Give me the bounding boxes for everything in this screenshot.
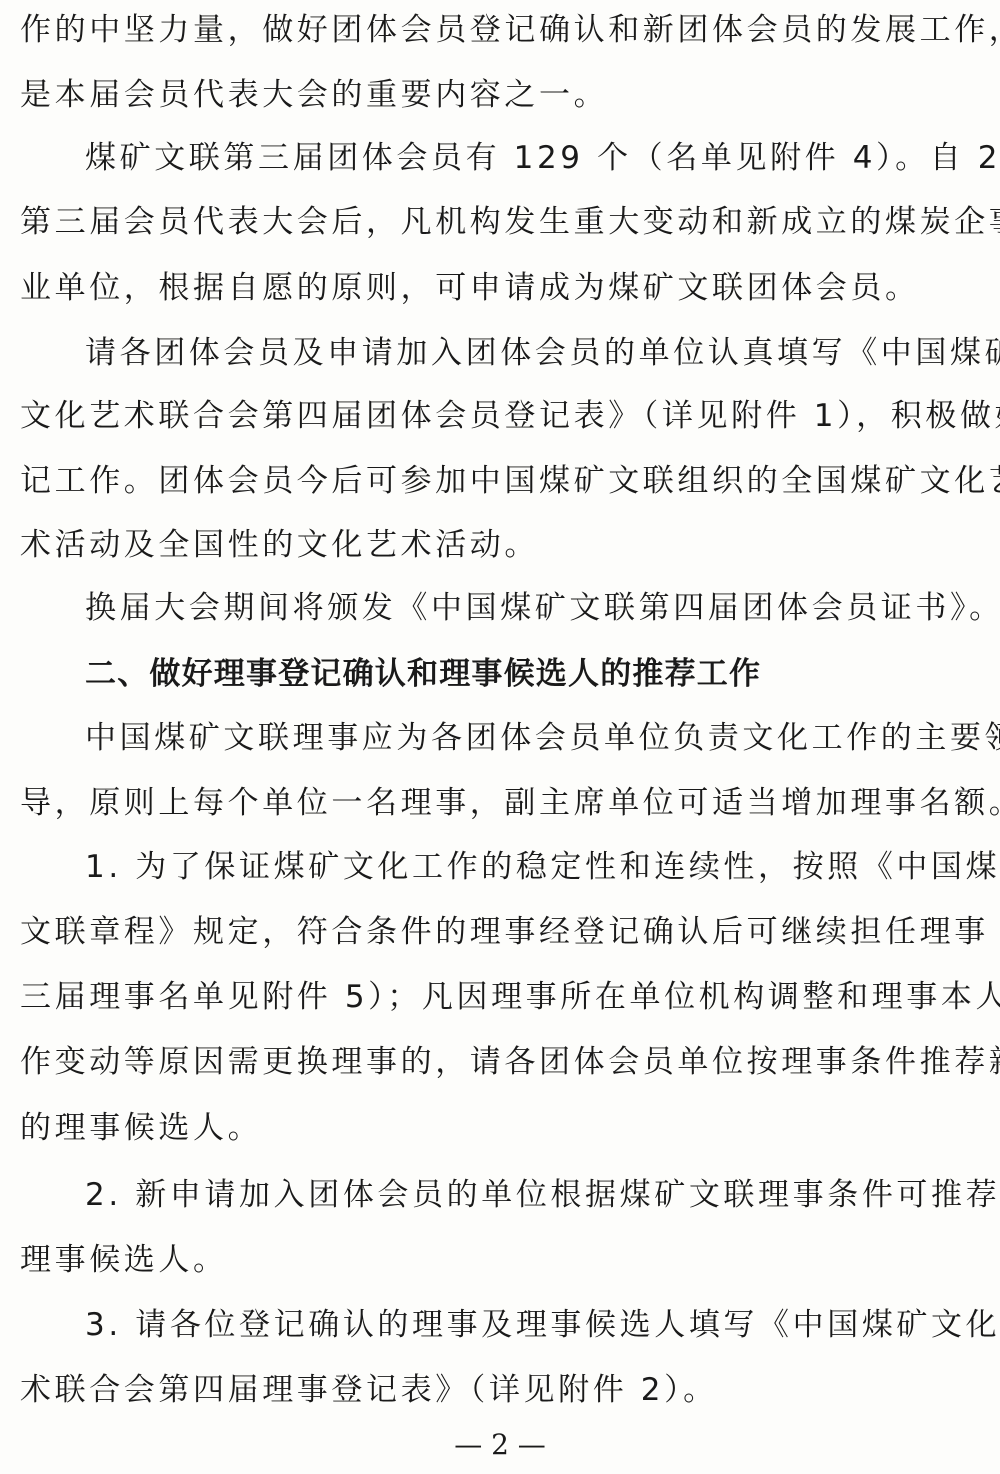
section-heading: 二、做好理事登记确认和理事候选人的推荐工作 [85,654,982,694]
text-line: 第三届会员代表大会后，凡机构发生重大变动和新成立的煤炭企事 [20,202,982,242]
text-line: 文化艺术联合会第四届团体会员登记表》（详见附件 1），积极做好登 [20,396,982,436]
text-line: 中国煤矿文联理事应为各团体会员单位负责文化工作的主要领 [85,718,982,758]
text-line: 理事候选人。 [20,1240,982,1280]
text-line: 文联章程》规定，符合条件的理事经登记确认后可继续担任理事（第 [20,912,982,952]
text-line: 的理事候选人。 [20,1108,982,1148]
text-line: 作变动等原因需更换理事的，请各团体会员单位按理事条件推荐新 [20,1042,982,1082]
text-line: 请各团体会员及申请加入团体会员的单位认真填写《中国煤矿 [85,333,982,373]
text-line: 3. 请各位登记确认的理事及理事候选人填写《中国煤矿文化艺 [85,1305,982,1345]
text-line: 2. 新申请加入团体会员的单位根据煤矿文联理事条件可推荐 [85,1175,982,1215]
text-line: 煤矿文联第三届团体会员有 129 个（名单见附件 4）。自 2007 年 [85,138,982,178]
text-line: 1. 为了保证煤矿文化工作的稳定性和连续性，按照《中国煤矿 [85,847,982,887]
document-page: 作的中坚力量，做好团体会员登记确认和新团体会员的发展工作， 是本届会员代表大会的… [0,0,1000,1474]
text-line: 业单位，根据自愿的原则，可申请成为煤矿文联团体会员。 [20,268,982,308]
text-line: 记工作。团体会员今后可参加中国煤矿文联组织的全国煤矿文化艺 [20,461,982,501]
text-line: 三届理事名单见附件 5）；凡因理事所在单位机构调整和理事本人工 [20,977,982,1017]
text-line: 是本届会员代表大会的重要内容之一。 [20,75,982,115]
text-line: 作的中坚力量，做好团体会员登记确认和新团体会员的发展工作， [20,10,982,50]
text-line: 导，原则上每个单位一名理事，副主席单位可适当增加理事名额。 [20,783,982,823]
text-line: 术活动及全国性的文化艺术活动。 [20,525,982,565]
page-number: — 2 — [0,1428,1000,1462]
text-line: 换届大会期间将颁发《中国煤矿文联第四届团体会员证书》。 [85,588,982,628]
text-line: 术联合会第四届理事登记表》（详见附件 2）。 [20,1370,982,1410]
